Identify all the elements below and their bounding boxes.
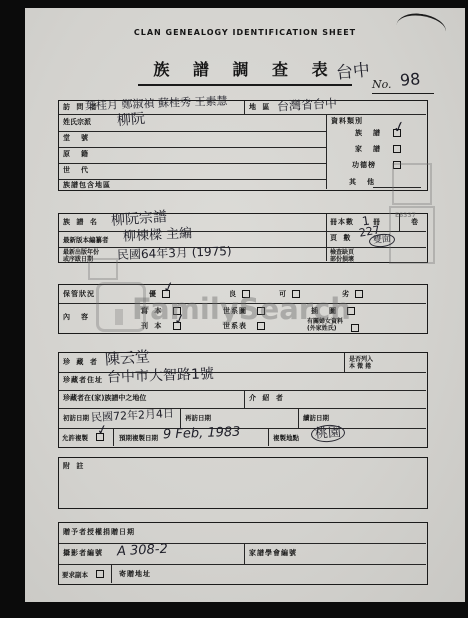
stamp-number: E8337 [395,212,416,219]
surname-lineage-label: 姓氏宗派 [63,119,91,126]
compiler-label: 最新版本編纂者 [63,236,109,244]
handwritten-copy-location: 桃園 [310,424,345,443]
form-title-chinese: 族 譜 調 查 表 [138,57,352,86]
first-visit-label: 初訪日期 [63,414,89,422]
block-publication: 族 譜 名 柳阮宗譜 冊本數 1 冊 卷 最新版本編纂者 柳棟樑 主編 頁 數 … [58,213,428,263]
second-visit-label: 再訪日期 [185,414,211,422]
area-label: 地 區 [249,104,271,111]
keeper-position-label: 珍藏者在(家)族譜中之地位 [63,395,146,402]
volumes-label: 冊本數 [330,219,354,226]
content-women-data-checkbox [351,324,359,332]
block-administration: 贈予者授權捐贈日期 攝影者編號 A 308-2 家譜學會編號 要求副本 寄贈地址 [58,522,428,585]
page-count-label: 頁 數 [330,235,352,242]
handwritten-keeper-name: 陳云堂 [105,349,151,367]
request-copy-checkbox [96,570,104,578]
handwritten-area: 台灣省台中 [277,97,338,112]
block-notes: 附 註 [58,457,428,509]
handwritten-region: 台中 [335,62,371,82]
content-label: 內 容 [63,314,90,321]
content-women-data-label-line2: (外家姓氏) [307,325,337,333]
photographer-number-label: 攝影者編號 [63,550,103,557]
material-category-label: 資料類別 [331,118,363,125]
condition-label: 保管狀況 [63,291,95,298]
handwritten-first-visit-date: 民國72年2月4日 [91,408,174,423]
notes-label: 附 註 [63,463,85,470]
keeper-label: 珍 藏 者 [63,359,99,366]
followup-visit-label: 續訪日期 [303,414,329,422]
logo-trunk [115,309,123,325]
handwritten-surname: 柳阮 [116,112,145,128]
block-identification: 訪 問 者 葉桂月 鄭淑禎 蘇桂秀 王素慧 地 區 台灣省台中 姓氏宗派 柳阮 … [58,100,428,191]
faint-stamp-box [88,258,118,280]
copy-location-label: 複製地點 [273,434,299,442]
coverage-area-label: 族譜包含地區 [63,182,111,189]
mailing-address-label: 寄贈地址 [119,571,151,578]
condition-poor-checkbox [355,290,363,298]
introducer-label: 介 紹 者 [249,395,285,402]
category-merit-board-label: 功德榜 [352,162,376,169]
donor-authorization-date-label: 贈予者授權捐贈日期 [63,529,135,536]
handwritten-keeper-address: 台中市大智路1號 [107,367,214,385]
request-copy-label: 要求副本 [62,571,88,579]
expected-copy-date-label: 預期複製日期 [119,434,158,442]
scanned-genealogy-form: { "page": { "header": "CLAN GENEALOGY ID… [0,0,468,618]
keeper-address-label: 珍藏者住址 [63,377,103,384]
check-mark: ✓ [96,423,110,438]
category-clan-genealogy-label: 族 譜 [355,130,382,137]
handwritten-record-number: 98 [399,71,420,88]
record-number-field: No. 98 [372,70,434,94]
damage-label-line2: 部份損壞 [330,256,354,264]
hall-name-label: 堂 號 [63,135,90,142]
copy-permission-label: 允許複製 [62,434,88,442]
category-family-genealogy-checkbox [393,145,401,153]
society-number-label: 家譜學會編號 [249,550,297,557]
no-label: No. [372,78,392,91]
faint-stamp-box [392,163,432,205]
handwritten-photographer-number: A 308-2 [117,543,168,559]
generations-label: 世 代 [63,167,90,174]
check-mark: ✓ [391,119,407,137]
faint-stamp-box: E8337 [389,206,435,264]
listed-in-microfilm-label-line2: 本 微 捲 [349,363,371,371]
handwritten-interviewers: 葉桂月 鄭淑禎 蘇桂秀 王素慧 [85,96,228,112]
category-family-genealogy-label: 家 譜 [355,146,382,153]
category-other-label: 其 他 [349,179,376,186]
handwritten-genealogy-name: 柳阮宗譜 [111,210,168,228]
handwritten-publication-year: 民國64年3月 (1975) [117,245,232,261]
form-header-english: CLAN GENEALOGY IDENTIFICATION SHEET [25,28,465,37]
handwritten-compiler: 柳棟樑 主編 [123,227,193,244]
genealogy-name-label: 族 譜 名 [63,219,99,226]
origin-label: 原 籍 [63,151,90,158]
handwritten-copy-date: 9 Feb, 1983 [163,426,241,442]
block-keeper-visits: 珍 藏 者 陳云堂 是否列入 本 微 捲 珍藏者住址 台中市大智路1號 珍藏者在… [58,352,428,448]
